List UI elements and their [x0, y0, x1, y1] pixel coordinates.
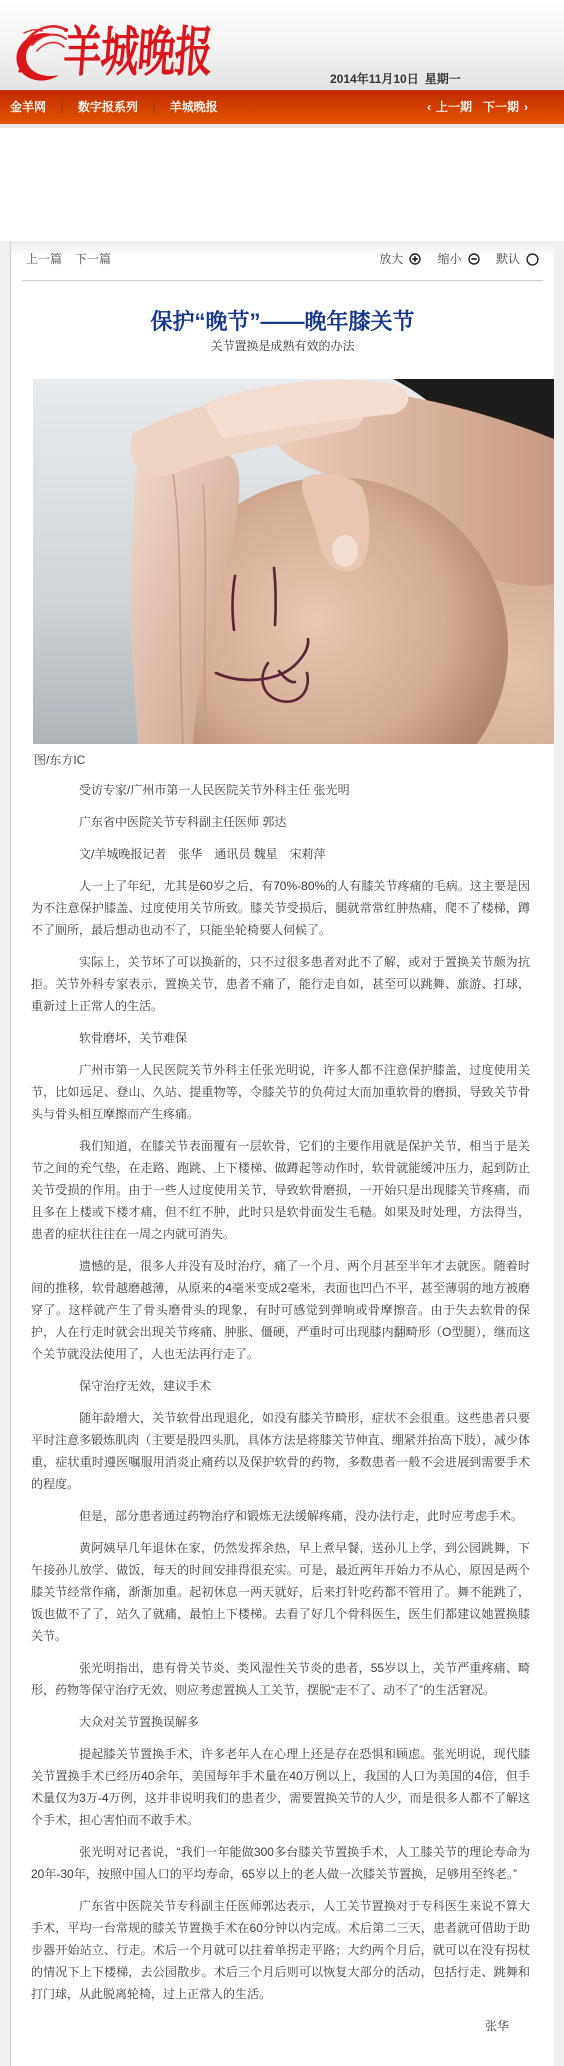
circle-icon	[526, 253, 539, 266]
nav-separator: |	[60, 90, 63, 124]
paragraph: 广州市第一人民医院关节外科主任张光明说，许多人都不注意保护膝盖，过度使用关节，比…	[31, 1059, 530, 1125]
next-issue-button[interactable]: 下一期›	[483, 100, 528, 114]
byline-expert: 广东省中医院关节专科副主任医师 郭达	[31, 811, 530, 833]
zoom-in-label: 放大	[379, 251, 403, 267]
site-logo[interactable]: 羊城晚报	[12, 18, 222, 86]
article-title: 保护“晚节”——晚年膝关节	[11, 281, 554, 335]
reset-size-label: 默认	[496, 251, 520, 267]
paragraph: 遗憾的是，很多人并没有及时治疗，痛了一个月、两个月甚至半年才去就医。随着时间的推…	[31, 1255, 530, 1365]
logo-wordmark: 羊城晚报	[62, 22, 214, 82]
nav-links: 金羊网 | 数字报系列 | 羊城晚报	[10, 90, 218, 124]
article-pager: 上一篇下一篇	[26, 251, 111, 267]
article-photo	[33, 379, 554, 744]
zoom-out-button[interactable]: 缩小	[438, 251, 480, 267]
next-issue-label: 下一期	[483, 100, 519, 114]
photo-caption: 图/东方IC	[34, 749, 530, 771]
minus-circle-icon	[468, 253, 480, 265]
article-toolbar: 上一篇下一篇 放大 缩小 默认	[11, 241, 554, 281]
byline-reporters: 文/羊城晚报记者 张华 通讯员 魏星 宋莉萍	[31, 843, 530, 865]
date-text: 2014年11月10日	[330, 72, 419, 86]
nav-link-jinyang[interactable]: 金羊网	[10, 100, 46, 114]
article-container: 上一篇下一篇 放大 缩小 默认 保护“晚节”——晚年膝关节 关节置换是成熟有效的…	[10, 241, 554, 2066]
nav-link-ycwb[interactable]: 羊城晚报	[170, 100, 218, 114]
paragraph: 人一上了年纪，尤其是60岁之后，有70%-80%的人有膝关节疼痛的毛病。这主要是…	[31, 875, 530, 941]
weekday-text: 星期一	[425, 72, 461, 86]
section-subhead: 大众对关节置换误解多	[31, 1711, 530, 1733]
banner-space	[0, 128, 564, 241]
byline-expert: 受访专家/广州市第一人民医院关节外科主任 张光明	[31, 779, 530, 801]
next-article-link[interactable]: 下一篇	[75, 252, 111, 266]
nav-separator: |	[152, 90, 155, 124]
logo-crescent-icon	[12, 21, 68, 85]
zoom-out-label: 缩小	[438, 251, 462, 267]
font-size-controls: 放大 缩小 默认	[379, 251, 539, 267]
chevron-left-icon: ‹	[427, 100, 431, 114]
prev-article-link[interactable]: 上一篇	[26, 252, 62, 266]
section-subhead: 保守治疗无效，建议手术	[31, 1375, 530, 1397]
paragraph: 但是，部分患者通过药物治疗和锻炼无法缓解疼痛，没办法行走，此时应考虑手术。	[31, 1505, 530, 1527]
chevron-right-icon: ›	[524, 100, 528, 114]
plus-circle-icon	[409, 253, 421, 265]
reset-size-button[interactable]: 默认	[496, 251, 539, 267]
article-body: 图/东方IC 受访专家/广州市第一人民医院关节外科主任 张光明 广东省中医院关节…	[11, 749, 554, 2037]
paragraph: 实际上，关节坏了可以换新的，只不过很多患者对此不了解，或对于置换关节颇为抗拒。关…	[31, 951, 530, 1017]
paragraph: 黄阿姨早几年退休在家，仍然发挥余热，早上煮早餐，送孙儿上学，到公园跳舞，下午接孙…	[31, 1537, 530, 1647]
nav-link-digital-series[interactable]: 数字报系列	[78, 100, 138, 114]
prev-issue-label: 上一期	[436, 100, 472, 114]
site-header: 羊城晚报 2014年11月10日星期一	[0, 0, 564, 90]
issue-date: 2014年11月10日星期一	[330, 71, 461, 87]
paragraph: 张光明对记者说，“我们一年能做300多台膝关节置换手术，人工膝关节的理论寿命为2…	[31, 1841, 530, 1885]
author-signature: 张华	[31, 2015, 530, 2037]
toolbar-divider	[22, 280, 543, 281]
zoom-in-button[interactable]: 放大	[379, 251, 421, 267]
paragraph: 随年龄增大，关节软骨出现退化，如没有膝关节畸形，症状不会很重。这些患者只要平时注…	[31, 1407, 530, 1495]
section-subhead: 软骨磨坏，关节难保	[31, 1027, 530, 1049]
issue-pager: ‹上一期下一期›	[427, 90, 528, 124]
paragraph: 张光明指出，患有骨关节炎、类风湿性关节炎的患者，55岁以上，关节严重疼痛、畸形，…	[31, 1657, 530, 1701]
prev-issue-button[interactable]: ‹上一期	[427, 100, 472, 114]
paragraph: 广东省中医院关节专科副主任医师郭达表示，人工关节置换对于专科医生来说不算大手术，…	[31, 1895, 530, 2005]
main-nav: 金羊网 | 数字报系列 | 羊城晚报 ‹上一期下一期›	[0, 90, 564, 124]
paragraph: 提起膝关节置换手术，许多老年人在心理上还是存在恐惧和顾虑。张光明说，现代膝关节置…	[31, 1743, 530, 1831]
paragraph: 我们知道，在膝关节表面覆有一层软骨，它们的主要作用就是保护关节，相当于是关节之间…	[31, 1135, 530, 1245]
article-subtitle: 关节置换是成熟有效的办法	[11, 338, 554, 354]
